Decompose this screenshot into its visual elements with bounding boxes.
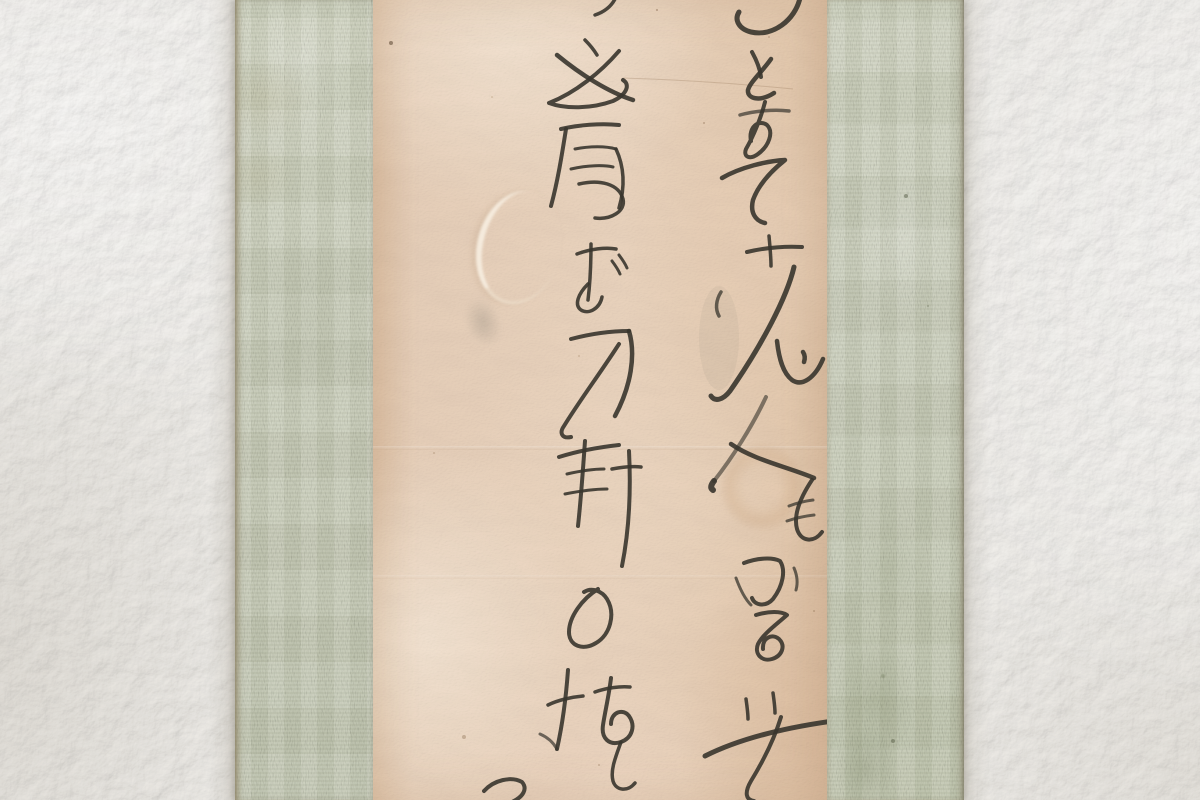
char-partial-bottom-left [484,779,525,800]
char-ume [540,670,635,789]
char-ru [756,612,787,660]
char-mo [787,480,822,540]
scroll-mount-right [827,0,964,800]
calligraphy-column-right [705,0,827,800]
char-no-kanji [562,331,632,437]
char-te [722,160,785,223]
wall-shadow-right [962,0,990,800]
char-no [569,589,611,647]
hanging-scroll: Japanese hanging scroll with cursive ink… [235,0,964,800]
char-yo [705,693,827,800]
silk-texture-left [235,0,373,800]
calligraphy-column-middle [540,0,641,789]
char-me [740,102,789,157]
char-partial-top-middle [595,0,616,15]
char-partial-top-right [737,0,800,33]
scroll-paper [373,0,827,800]
char-to [748,52,774,98]
scroll-edge-right [959,0,964,800]
wall-shadow-left [208,0,238,800]
silk-specks [867,195,869,197]
char-nu [549,40,633,107]
photograph: Japanese hanging scroll with cursive ink… [0,0,1200,800]
scroll-mount-left [235,0,373,800]
char-noki [559,441,641,566]
silk-texture-right [827,0,964,800]
ink-ghost-smudge [699,286,739,390]
char-o [577,244,627,312]
calligraphy [373,0,827,800]
char-oku [551,124,623,218]
char-ka [736,559,797,605]
char-hito [711,397,814,490]
paper-fiber-line [623,78,793,89]
scroll-edge-left [235,0,242,800]
